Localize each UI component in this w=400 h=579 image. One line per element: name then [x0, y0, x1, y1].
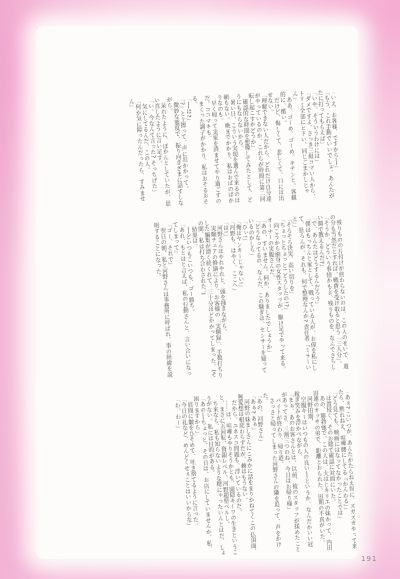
text-band-bottom: 「あぁ? こいつが、あんたがたらねえ奴に、ズガズガやって来たら、黙れねえ、喧嘩腰…	[87, 389, 356, 563]
text-band-top: 「いえ、お客様、ですから──」「もう、これ手動でいいでしょ、あんたがたに打っても…	[73, 89, 340, 213]
vertical-text-region: 「いえ、お客様、ですから──」「もう、これ手動でいいでしょ、あんたがたに打っても…	[73, 87, 357, 563]
text-band-middle: 残りものの片付けが終わらないのは、この人のせいで、週の分も当然だとすれば、戦費を…	[79, 214, 348, 386]
scanned-book-page: 「いえ、お客様、ですから──」「もう、これ手動でいいでしょ、あんたがたに打っても…	[0, 0, 400, 579]
page-number: 191	[361, 555, 377, 563]
